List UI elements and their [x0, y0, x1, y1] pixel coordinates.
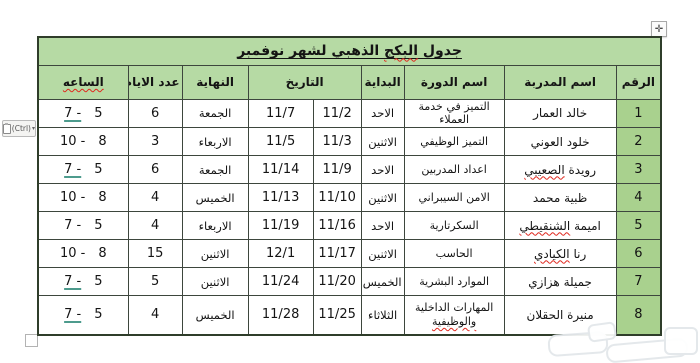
- cell-course-name[interactable]: المهارات الداخلية والوظيفية: [404, 296, 504, 335]
- table-row: 2 خلود العوني التميز الوظيفي الاثنين 11/…: [38, 128, 661, 156]
- course-name-text: المهارات الداخلية: [407, 301, 502, 315]
- page-title: جدول البكج الذهبي لشهر نوفمبر: [237, 43, 462, 59]
- table-move-handle[interactable]: ✛: [651, 21, 667, 37]
- header-start-day[interactable]: البداية: [361, 65, 404, 99]
- clipboard-icon: [3, 124, 11, 134]
- hours-range-start: 7 -: [64, 162, 81, 177]
- cell-course-name[interactable]: الامن السيبراني: [404, 184, 504, 212]
- cell-course-name[interactable]: السكرتارية: [404, 212, 504, 240]
- header-number[interactable]: الرقم: [616, 65, 661, 99]
- cell-number[interactable]: 2: [616, 128, 661, 156]
- cell-start-date[interactable]: 11/9: [313, 156, 361, 184]
- trainer-name-text: خلود العوني: [531, 135, 590, 149]
- header-days-count[interactable]: عدد الايام: [128, 65, 182, 99]
- cell-start-date[interactable]: 11/25: [313, 296, 361, 335]
- header-days-label: عدد الايام: [128, 75, 180, 89]
- cell-end-day[interactable]: الاثنين: [182, 240, 248, 268]
- hours-range-start: 7 -: [64, 218, 81, 233]
- cell-trainer-name[interactable]: رويدة الصعيبي: [504, 156, 616, 184]
- hours-range-end: 8: [98, 190, 106, 205]
- cell-end-date[interactable]: 11/19: [248, 212, 313, 240]
- cell-trainer-name[interactable]: خالد العمار: [504, 99, 616, 128]
- trainer-misspelled-text: الشنقيطي: [519, 219, 570, 233]
- cell-days-count[interactable]: 4: [128, 184, 182, 212]
- cell-number[interactable]: 4: [616, 184, 661, 212]
- header-hours-label: الساعه: [63, 75, 104, 89]
- header-date-label: التاريخ: [286, 75, 324, 89]
- cell-end-day[interactable]: الاربعاء: [182, 128, 248, 156]
- hours-range-start: 7 -: [64, 274, 81, 289]
- cell-number[interactable]: 8: [616, 296, 661, 335]
- watermark-shape: [605, 337, 688, 363]
- cell-start-date[interactable]: 11/2: [313, 99, 361, 128]
- cell-end-day[interactable]: الجمعة: [182, 99, 248, 128]
- trainer-name-text: جميلة هزازي: [528, 275, 592, 289]
- cell-number[interactable]: 5: [616, 212, 661, 240]
- trainer-misspelled-text: الكيادي: [534, 247, 570, 261]
- cell-start-date[interactable]: 11/3: [313, 128, 361, 156]
- schedule-table: جدول البكج الذهبي لشهر نوفمبر الرقم اسم …: [37, 36, 662, 336]
- cell-course-name[interactable]: الحاسب: [404, 240, 504, 268]
- course-name-line2: والوظيفية: [407, 315, 502, 329]
- header-course-name[interactable]: اسم الدورة: [404, 65, 504, 99]
- cell-number[interactable]: 7: [616, 268, 661, 296]
- hours-range-start: 7 -: [64, 307, 81, 322]
- cell-hours[interactable]: 7 -5: [38, 212, 128, 240]
- hours-range-end: 8: [98, 134, 106, 149]
- cell-course-name[interactable]: التميز الوظيفي: [404, 128, 504, 156]
- cell-days-count[interactable]: 3: [128, 128, 182, 156]
- table-row: 3 رويدة الصعيبي اعداد المدربين الاحد 11/…: [38, 156, 661, 184]
- cell-end-date[interactable]: 11/24: [248, 268, 313, 296]
- header-end-day[interactable]: النهاية: [182, 65, 248, 99]
- cell-hours[interactable]: 10 -8: [38, 184, 128, 212]
- table-body: جدول البكج الذهبي لشهر نوفمبر الرقم اسم …: [38, 37, 661, 335]
- cell-end-date[interactable]: 12/1: [248, 240, 313, 268]
- course-name-text: التميز في خدمة العملاء: [407, 100, 502, 128]
- cell-start-date[interactable]: 11/10: [313, 184, 361, 212]
- hours-range-end: 5: [94, 307, 102, 322]
- course-name-text: اعداد المدربين: [407, 163, 502, 177]
- header-hours[interactable]: الساعه: [38, 65, 128, 99]
- cell-start-day[interactable]: الاثنين: [361, 184, 404, 212]
- cell-start-date[interactable]: 11/17: [313, 240, 361, 268]
- cell-start-day[interactable]: الاحد: [361, 156, 404, 184]
- header-number-label: الرقم: [622, 75, 655, 89]
- cell-end-date[interactable]: 11/5: [248, 128, 313, 156]
- cell-trainer-name[interactable]: منيرة الحقلان: [504, 296, 616, 335]
- watermark-shape: [664, 327, 698, 355]
- misspelled-word: البكج: [384, 43, 418, 59]
- cell-number[interactable]: 3: [616, 156, 661, 184]
- cell-start-date[interactable]: 11/16: [313, 212, 361, 240]
- trainer-name-text: اميمة: [570, 219, 601, 233]
- trainer-name-text: خالد العمار: [533, 106, 587, 120]
- hours-range-start: 10 -: [60, 190, 85, 205]
- hours-range-start: 10 -: [60, 134, 85, 149]
- cell-hours[interactable]: 7 -5: [38, 296, 128, 335]
- cell-days-count[interactable]: 4: [128, 296, 182, 335]
- table-header-row: الرقم اسم المدربة اسم الدورة البداية الت…: [38, 65, 661, 99]
- cell-course-name[interactable]: التميز في خدمة العملاء: [404, 99, 504, 128]
- header-trainer-label: اسم المدربة: [524, 75, 596, 89]
- trainer-name-text: ظبية محمد: [533, 191, 587, 205]
- cell-start-day[interactable]: الخميس: [361, 268, 404, 296]
- cell-end-day[interactable]: الاثنين: [182, 268, 248, 296]
- cell-end-day[interactable]: الجمعة: [182, 156, 248, 184]
- cell-hours[interactable]: 7 -5: [38, 268, 128, 296]
- cell-end-date[interactable]: 11/7: [248, 99, 313, 128]
- paste-options-label: (Ctrl): [12, 124, 31, 133]
- cell-start-day[interactable]: الاحد: [361, 99, 404, 128]
- cell-start-day[interactable]: الثلاثاء: [361, 296, 404, 335]
- cell-end-date[interactable]: 11/13: [248, 184, 313, 212]
- trainer-name-text: رنا: [570, 247, 587, 261]
- course-name-text: التميز الوظيفي: [407, 135, 502, 149]
- table-row: 5 اميمة الشنقيطي السكرتارية الاحد 11/16 …: [38, 212, 661, 240]
- course-name-text: السكرتارية: [407, 219, 502, 233]
- cell-start-date[interactable]: 11/20: [313, 268, 361, 296]
- cell-days-count[interactable]: 6: [128, 99, 182, 128]
- hours-range-start: 7 -: [64, 106, 81, 121]
- cell-number[interactable]: 1: [616, 99, 661, 128]
- header-trainer-name[interactable]: اسم المدربة: [504, 65, 616, 99]
- cell-hours[interactable]: 7 -5: [38, 156, 128, 184]
- cell-trainer-name[interactable]: رنا الكيادي: [504, 240, 616, 268]
- course-name-text: الحاسب: [407, 247, 502, 261]
- cell-trainer-name[interactable]: اميمة الشنقيطي: [504, 212, 616, 240]
- cell-course-name[interactable]: اعداد المدربين: [404, 156, 504, 184]
- cell-end-day[interactable]: الخميس: [182, 184, 248, 212]
- table-title-cell[interactable]: جدول البكج الذهبي لشهر نوفمبر: [38, 37, 661, 65]
- hours-range-end: 8: [98, 246, 106, 261]
- table-row: 1 خالد العمار التميز في خدمة العملاء الا…: [38, 99, 661, 128]
- document-page: { "colors": { "green_header": "#b6daa4",…: [0, 0, 700, 363]
- paste-options-button[interactable]: (Ctrl) ▾: [2, 120, 36, 137]
- cell-course-name[interactable]: الموارد البشرية: [404, 268, 504, 296]
- hours-range-end: 5: [94, 106, 102, 121]
- hours-range-end: 5: [94, 218, 102, 233]
- resize-handle[interactable]: [25, 334, 38, 347]
- hours-range-end: 5: [94, 162, 102, 177]
- table-title-row: جدول البكج الذهبي لشهر نوفمبر: [38, 37, 661, 65]
- cell-days-count[interactable]: 4: [128, 212, 182, 240]
- trainer-name-text: رويدة: [565, 163, 596, 177]
- table-row: 7 جميلة هزازي الموارد البشرية الخميس 11/…: [38, 268, 661, 296]
- cell-number[interactable]: 6: [616, 240, 661, 268]
- header-end-label: النهاية: [196, 75, 234, 89]
- move-icon: ✛: [655, 24, 663, 35]
- trainer-name-text: منيرة الحقلان: [527, 308, 594, 322]
- cell-start-day[interactable]: الاثنين: [361, 128, 404, 156]
- header-course-label: اسم الدورة: [421, 75, 488, 89]
- course-name-text: الموارد البشرية: [407, 275, 502, 289]
- cell-end-day[interactable]: الخميس: [182, 296, 248, 335]
- chevron-down-icon: ▾: [32, 126, 35, 132]
- cell-start-day[interactable]: الاحد: [361, 212, 404, 240]
- cell-hours[interactable]: 7 -5: [38, 99, 128, 128]
- table-row: 6 رنا الكيادي الحاسب الاثنين 11/17 12/1 …: [38, 240, 661, 268]
- cell-end-date[interactable]: 11/28: [248, 296, 313, 335]
- table-row: 8 منيرة الحقلان المهارات الداخلية والوظي…: [38, 296, 661, 335]
- cell-start-day[interactable]: الاثنين: [361, 240, 404, 268]
- cell-trainer-name[interactable]: ظبية محمد: [504, 184, 616, 212]
- hours-range-end: 5: [94, 274, 102, 289]
- cell-end-day[interactable]: الاربعاء: [182, 212, 248, 240]
- cell-hours[interactable]: 10 -8: [38, 240, 128, 268]
- cell-days-count[interactable]: 5: [128, 268, 182, 296]
- cell-hours[interactable]: 10 -8: [38, 128, 128, 156]
- header-date[interactable]: التاريخ: [248, 65, 361, 99]
- trainer-misspelled-text: الصعيبي: [524, 163, 564, 177]
- cell-trainer-name[interactable]: جميلة هزازي: [504, 268, 616, 296]
- cell-days-count[interactable]: 15: [128, 240, 182, 268]
- cell-days-count[interactable]: 6: [128, 156, 182, 184]
- cell-end-date[interactable]: 11/14: [248, 156, 313, 184]
- header-start-label: البداية: [364, 75, 400, 89]
- course-name-text: الامن السيبراني: [407, 191, 502, 205]
- table-row: 4 ظبية محمد الامن السيبراني الاثنين 11/1…: [38, 184, 661, 212]
- hours-range-start: 10 -: [60, 246, 85, 261]
- cell-trainer-name[interactable]: خلود العوني: [504, 128, 616, 156]
